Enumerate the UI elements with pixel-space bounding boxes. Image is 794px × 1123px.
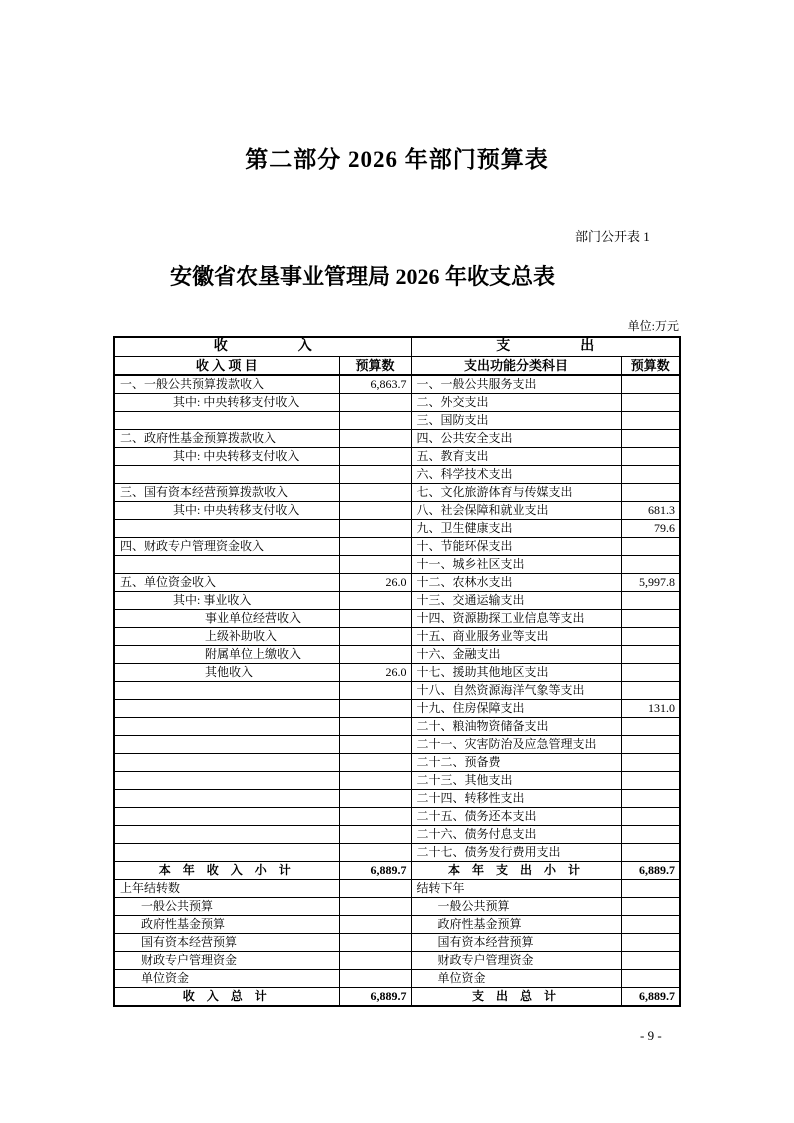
expense-budget-cell (621, 375, 680, 394)
expense-budget-cell: 6,889.7 (621, 988, 680, 1007)
expense-item-cell: 五、教育支出 (411, 448, 621, 466)
expense-item-cell: 一、一般公共服务支出 (411, 375, 621, 394)
income-item-cell: 四、财政专户管理资金收入 (114, 538, 339, 556)
income-item-cell: 三、国有资本经营预算拨款收入 (114, 484, 339, 502)
budget-table: 收 入 支 出 收 入 项 目 预算数 支出功能分类科目 预算数 一、一般公共预… (113, 336, 681, 1007)
income-budget-cell (339, 718, 411, 736)
page-number: - 9 - (640, 1028, 662, 1044)
expense-budget-cell (621, 412, 680, 430)
expense-budget-cell (621, 484, 680, 502)
income-item-cell: 收 入 总 计 (114, 988, 339, 1007)
income-item-cell (114, 556, 339, 574)
income-budget-cell (339, 466, 411, 484)
income-item-cell: 其中: 中央转移支付收入 (114, 394, 339, 412)
table-row: 二十二、预备费 (114, 754, 680, 772)
table-row: 政府性基金预算政府性基金预算 (114, 916, 680, 934)
income-item-cell: 上年结转数 (114, 880, 339, 898)
income-budget-cell (339, 430, 411, 448)
expense-item-cell: 十七、援助其他地区支出 (411, 664, 621, 682)
income-budget-cell (339, 772, 411, 790)
expense-item-cell: 十五、商业服务业等支出 (411, 628, 621, 646)
expense-item-cell: 十九、住房保障支出 (411, 700, 621, 718)
income-budget-cell: 26.0 (339, 664, 411, 682)
expense-budget-cell (621, 610, 680, 628)
income-budget-cell (339, 448, 411, 466)
income-item-cell (114, 466, 339, 484)
income-item-cell: 一、一般公共预算拨款收入 (114, 375, 339, 394)
expense-budget-cell: 681.3 (621, 502, 680, 520)
table-row: 其中: 中央转移支付收入五、教育支出 (114, 448, 680, 466)
table-row: 十八、自然资源海洋气象等支出 (114, 682, 680, 700)
table-row: 三、国有资本经营预算拨款收入七、文化旅游体育与传媒支出 (114, 484, 680, 502)
expense-item-cell: 二、外交支出 (411, 394, 621, 412)
income-budget-cell (339, 844, 411, 862)
income-item-cell: 一般公共预算 (114, 898, 339, 916)
expense-budget-cell (621, 538, 680, 556)
income-item-cell: 事业单位经营收入 (114, 610, 339, 628)
income-item-cell: 二、政府性基金预算拨款收入 (114, 430, 339, 448)
table-row: 二十六、债务付息支出 (114, 826, 680, 844)
expense-item-cell: 本 年 支 出 小 计 (411, 862, 621, 880)
income-budget-cell: 6,889.7 (339, 988, 411, 1007)
table-row: 其中: 中央转移支付收入八、社会保障和就业支出681.3 (114, 502, 680, 520)
table-row: 六、科学技术支出 (114, 466, 680, 484)
expense-budget-cell (621, 880, 680, 898)
income-budget-cell: 6,889.7 (339, 862, 411, 880)
table-row: 国有资本经营预算国有资本经营预算 (114, 934, 680, 952)
expense-budget-cell (621, 718, 680, 736)
income-budget-cell (339, 952, 411, 970)
expense-item-cell: 十四、资源勘探工业信息等支出 (411, 610, 621, 628)
expense-item-cell: 四、公共安全支出 (411, 430, 621, 448)
expense-item-cell: 二十、粮油物资储备支出 (411, 718, 621, 736)
income-budget-cell (339, 412, 411, 430)
expense-budget-cell (621, 556, 680, 574)
table-row: 四、财政专户管理资金收入十、节能环保支出 (114, 538, 680, 556)
income-item-cell (114, 412, 339, 430)
income-item-cell: 本 年 收 入 小 计 (114, 862, 339, 880)
expense-budget-cell (621, 394, 680, 412)
table-row: 三、国防支出 (114, 412, 680, 430)
expense-item-cell: 三、国防支出 (411, 412, 621, 430)
table-row: 其中: 中央转移支付收入二、外交支出 (114, 394, 680, 412)
income-budget-cell (339, 934, 411, 952)
table-row: 一般公共预算一般公共预算 (114, 898, 680, 916)
table-row: 十九、住房保障支出131.0 (114, 700, 680, 718)
expense-budget-cell (621, 952, 680, 970)
table-row: 单位资金单位资金 (114, 970, 680, 988)
expense-item-cell: 二十六、债务付息支出 (411, 826, 621, 844)
expense-item-cell: 单位资金 (411, 970, 621, 988)
table-title: 安徽省农垦事业管理局 2026 年收支总表 (170, 260, 555, 291)
income-budget-cell (339, 502, 411, 520)
expense-budget-cell (621, 790, 680, 808)
expense-item-cell: 一般公共预算 (411, 898, 621, 916)
income-item-cell: 其中: 中央转移支付收入 (114, 448, 339, 466)
income-budget-cell (339, 394, 411, 412)
income-item-cell: 其他收入 (114, 664, 339, 682)
income-item-cell: 五、单位资金收入 (114, 574, 339, 592)
income-budget-cell (339, 682, 411, 700)
expense-budget-cell: 5,997.8 (621, 574, 680, 592)
income-item-cell (114, 736, 339, 754)
expense-item-cell: 国有资本经营预算 (411, 934, 621, 952)
expense-budget-cell (621, 934, 680, 952)
expense-item-cell: 政府性基金预算 (411, 916, 621, 934)
income-item-cell: 附属单位上缴收入 (114, 646, 339, 664)
expense-item-column-header: 支出功能分类科目 (411, 357, 621, 376)
table-row: 财政专户管理资金财政专户管理资金 (114, 952, 680, 970)
expense-budget-cell (621, 430, 680, 448)
expense-item-cell: 二十二、预备费 (411, 754, 621, 772)
income-item-cell (114, 520, 339, 538)
income-item-cell: 单位资金 (114, 970, 339, 988)
income-budget-cell (339, 808, 411, 826)
expense-item-cell: 二十四、转移性支出 (411, 790, 621, 808)
expense-budget-cell (621, 754, 680, 772)
expense-budget-cell (621, 898, 680, 916)
table-row: 其中: 事业收入十三、交通运输支出 (114, 592, 680, 610)
income-budget-column-header: 预算数 (339, 357, 411, 376)
expense-budget-cell (621, 466, 680, 484)
income-item-cell (114, 718, 339, 736)
income-budget-cell: 6,863.7 (339, 375, 411, 394)
expense-item-cell: 十六、金融支出 (411, 646, 621, 664)
income-budget-cell (339, 610, 411, 628)
table-row: 十一、城乡社区支出 (114, 556, 680, 574)
income-item-cell: 其中: 事业收入 (114, 592, 339, 610)
income-budget-cell (339, 538, 411, 556)
table-row: 二十七、债务发行费用支出 (114, 844, 680, 862)
expense-budget-cell (621, 808, 680, 826)
income-budget-cell (339, 790, 411, 808)
table-row: 二十五、债务还本支出 (114, 808, 680, 826)
part-title: 第二部分 2026 年部门预算表 (0, 141, 794, 174)
expense-budget-cell (621, 646, 680, 664)
income-budget-cell (339, 898, 411, 916)
income-item-cell: 财政专户管理资金 (114, 952, 339, 970)
table-row: 二十、粮油物资储备支出 (114, 718, 680, 736)
income-group-header: 收 入 (114, 337, 411, 357)
expense-item-cell: 六、科学技术支出 (411, 466, 621, 484)
expense-item-cell: 结转下年 (411, 880, 621, 898)
table-group-header-row: 收 入 支 出 (114, 337, 680, 357)
expense-budget-cell (621, 916, 680, 934)
expense-item-cell: 七、文化旅游体育与传媒支出 (411, 484, 621, 502)
expense-budget-cell (621, 736, 680, 754)
expense-budget-cell (621, 772, 680, 790)
income-budget-cell (339, 646, 411, 664)
income-item-cell (114, 754, 339, 772)
table-column-header-row: 收 入 项 目 预算数 支出功能分类科目 预算数 (114, 357, 680, 376)
income-item-column-header: 收 入 项 目 (114, 357, 339, 376)
table-row: 二十一、灾害防治及应急管理支出 (114, 736, 680, 754)
expense-budget-cell: 131.0 (621, 700, 680, 718)
income-item-cell: 国有资本经营预算 (114, 934, 339, 952)
expense-budget-column-header: 预算数 (621, 357, 680, 376)
expense-budget-cell (621, 682, 680, 700)
income-budget-cell (339, 826, 411, 844)
expense-budget-cell (621, 448, 680, 466)
expense-item-cell: 财政专户管理资金 (411, 952, 621, 970)
expense-budget-cell (621, 844, 680, 862)
income-budget-cell (339, 520, 411, 538)
expense-item-cell: 八、社会保障和就业支出 (411, 502, 621, 520)
expense-item-cell: 十三、交通运输支出 (411, 592, 621, 610)
expense-budget-cell (621, 628, 680, 646)
expense-item-cell: 十八、自然资源海洋气象等支出 (411, 682, 621, 700)
document-page: 第二部分 2026 年部门预算表 部门公开表 1 安徽省农垦事业管理局 2026… (0, 0, 794, 1123)
income-budget-cell (339, 556, 411, 574)
table-row: 上级补助收入十五、商业服务业等支出 (114, 628, 680, 646)
expense-item-cell: 十、节能环保支出 (411, 538, 621, 556)
expense-item-cell: 二十一、灾害防治及应急管理支出 (411, 736, 621, 754)
income-budget-cell: 26.0 (339, 574, 411, 592)
budget-table-body: 一、一般公共预算拨款收入6,863.7一、一般公共服务支出其中: 中央转移支付收… (114, 375, 680, 1006)
table-row: 其他收入26.0十七、援助其他地区支出 (114, 664, 680, 682)
expense-budget-cell (621, 826, 680, 844)
expense-item-cell: 二十七、债务发行费用支出 (411, 844, 621, 862)
table-row: 附属单位上缴收入十六、金融支出 (114, 646, 680, 664)
income-item-cell: 其中: 中央转移支付收入 (114, 502, 339, 520)
expense-budget-cell (621, 592, 680, 610)
income-item-cell (114, 844, 339, 862)
table-row: 本 年 收 入 小 计6,889.7本 年 支 出 小 计6,889.7 (114, 862, 680, 880)
income-item-cell (114, 682, 339, 700)
income-item-cell (114, 826, 339, 844)
table-row: 九、卫生健康支出79.6 (114, 520, 680, 538)
income-budget-cell (339, 916, 411, 934)
table-row: 五、单位资金收入26.0十二、农林水支出5,997.8 (114, 574, 680, 592)
income-item-cell: 上级补助收入 (114, 628, 339, 646)
expense-budget-cell: 79.6 (621, 520, 680, 538)
income-budget-cell (339, 754, 411, 772)
unit-note: 单位:万元 (113, 317, 679, 334)
table-row: 二、政府性基金预算拨款收入四、公共安全支出 (114, 430, 680, 448)
expense-budget-cell (621, 664, 680, 682)
table-row: 收 入 总 计6,889.7支 出 总 计6,889.7 (114, 988, 680, 1007)
income-budget-cell (339, 970, 411, 988)
table-row: 一、一般公共预算拨款收入6,863.7一、一般公共服务支出 (114, 375, 680, 394)
expense-item-cell: 九、卫生健康支出 (411, 520, 621, 538)
income-item-cell (114, 772, 339, 790)
expense-budget-cell: 6,889.7 (621, 862, 680, 880)
income-budget-cell (339, 484, 411, 502)
expense-item-cell: 二十五、债务还本支出 (411, 808, 621, 826)
expense-item-cell: 支 出 总 计 (411, 988, 621, 1007)
table-row: 事业单位经营收入十四、资源勘探工业信息等支出 (114, 610, 680, 628)
table-row: 上年结转数结转下年 (114, 880, 680, 898)
income-item-cell (114, 700, 339, 718)
expense-item-cell: 二十三、其他支出 (411, 772, 621, 790)
expense-item-cell: 十一、城乡社区支出 (411, 556, 621, 574)
income-budget-cell (339, 592, 411, 610)
expense-group-header: 支 出 (411, 337, 680, 357)
income-budget-cell (339, 880, 411, 898)
income-budget-cell (339, 700, 411, 718)
income-item-cell: 政府性基金预算 (114, 916, 339, 934)
income-item-cell (114, 808, 339, 826)
table-label: 部门公开表 1 (575, 226, 650, 245)
expense-item-cell: 十二、农林水支出 (411, 574, 621, 592)
table-row: 二十四、转移性支出 (114, 790, 680, 808)
income-budget-cell (339, 628, 411, 646)
income-budget-cell (339, 736, 411, 754)
expense-budget-cell (621, 970, 680, 988)
table-row: 二十三、其他支出 (114, 772, 680, 790)
income-item-cell (114, 790, 339, 808)
